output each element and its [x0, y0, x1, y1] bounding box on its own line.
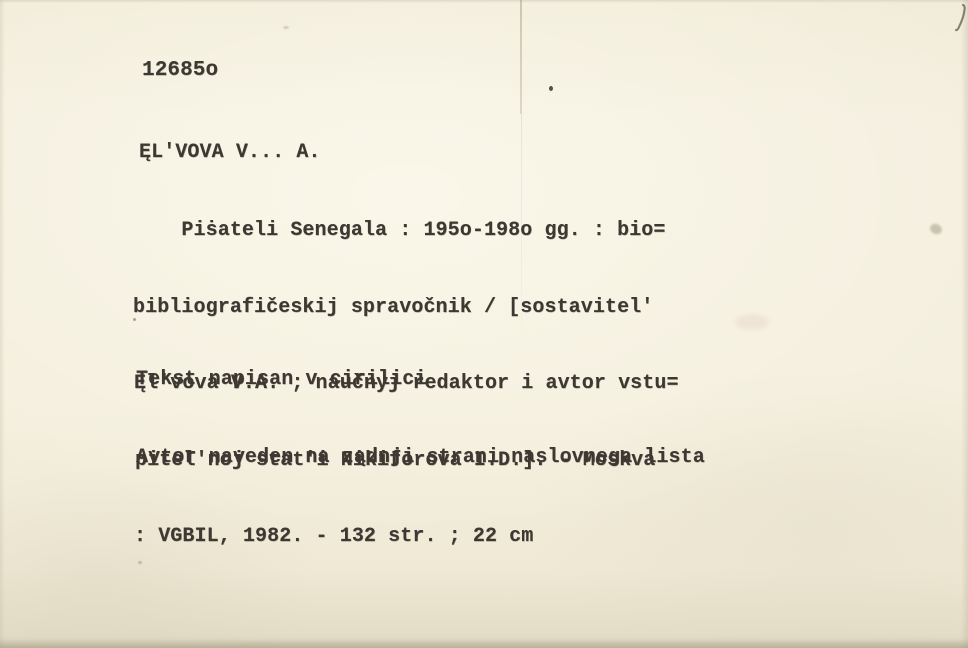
ink-speck — [133, 318, 136, 321]
note-line: Avtor naveden na ządnji strani naslovneg… — [136, 445, 705, 471]
note-line: Tekst napisan v cirilici — [136, 367, 705, 393]
paper-smudge — [928, 222, 943, 236]
main-entry-heading: ĘL'VOVA V... A. — [139, 141, 321, 164]
catalog-number: 12685o — [142, 59, 218, 82]
notes-block: Tekst napisan v cirilici Avtor naveden n… — [136, 315, 705, 523]
paper-crease — [520, 0, 522, 114]
card-edge-right — [961, 0, 968, 648]
description-line: : VGBIL, 1982. - 132 str. ; 22 cm — [134, 524, 679, 550]
paper-speck — [283, 26, 289, 29]
paper-speck — [138, 561, 142, 564]
card-edge-bottom — [0, 639, 968, 648]
catalog-card: 12685o ĘL'VOVA V... A. Piṡateli Senegal… — [0, 0, 968, 648]
card-edge-top — [0, 0, 968, 3]
card-edge-left — [0, 0, 5, 648]
pencil-checkmark-icon — [943, 2, 967, 36]
ink-speck — [549, 86, 553, 91]
paper-stain — [735, 314, 769, 330]
description-line: Piṡateli Senegala : 195o-198o gg. : bio… — [133, 218, 679, 244]
